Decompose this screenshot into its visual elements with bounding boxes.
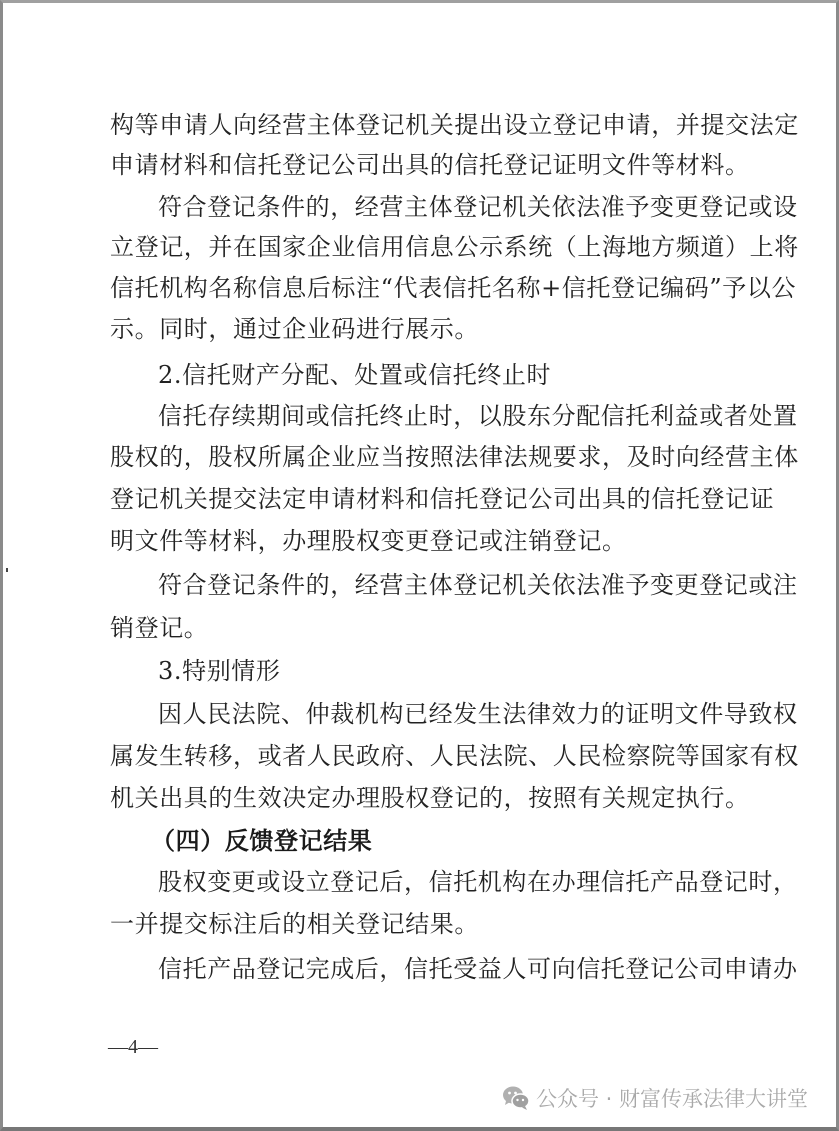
page-number: —4— bbox=[108, 1036, 158, 1059]
text-line: 股权变更或设立登记后，信托机构在办理信托产品登记时， bbox=[158, 867, 788, 897]
text-line: 机关出具的生效决定办理股权登记的，按照有关规定执行。 bbox=[110, 783, 740, 813]
text-line: 符合登记条件的，经营主体登记机关依法准予变更登记或设 bbox=[158, 192, 788, 222]
text-line: 一并提交标注后的相关登记结果。 bbox=[110, 909, 740, 939]
text-line: 信托产品登记完成后，信托受益人可向信托登记公司申请办 bbox=[158, 954, 788, 984]
document-page: 构等申请人向经营主体登记机关提出设立登记申请，并提交法定 申请材料和信托登记公司… bbox=[0, 0, 839, 1131]
text-line: 属发生转移，或者人民政府、人民法院、人民检察院等国家有权 bbox=[110, 741, 740, 771]
text-line: 示。同时，通过企业码进行展示。 bbox=[110, 314, 740, 344]
watermark: 公众号 · 财富传承法律大讲堂 bbox=[502, 1083, 808, 1113]
text-line: 明文件等材料，办理股权变更登记或注销登记。 bbox=[110, 526, 740, 556]
text-line: 股权的，股权所属企业应当按照法律法规要求，及时向经营主体 bbox=[110, 442, 740, 472]
section-heading: （四）反馈登记结果 bbox=[151, 826, 781, 856]
text-line: 信托存续期间或信托终止时，以股东分配信托利益或者处置 bbox=[158, 401, 788, 431]
text-line: 立登记，并在国家企业信用信息公示系统（上海地方频道）上将 bbox=[110, 232, 740, 262]
subsection-heading: 2.信托财产分配、处置或信托终止时 bbox=[158, 360, 788, 390]
text-line: 因人民法院、仲裁机构已经发生法律效力的证明文件导致权 bbox=[158, 699, 788, 729]
subsection-heading: 3.特别情形 bbox=[158, 656, 788, 686]
text-line: 信托机构名称信息后标注“代表信托名称+信托登记编码”予以公 bbox=[110, 273, 740, 303]
text-line: 销登记。 bbox=[110, 613, 740, 643]
watermark-text: 公众号 · 财富传承法律大讲堂 bbox=[536, 1083, 808, 1113]
wechat-icon bbox=[502, 1085, 530, 1111]
text-line: 构等申请人向经营主体登记机关提出设立登记申请，并提交法定 bbox=[110, 110, 740, 140]
text-line: 申请材料和信托登记公司出具的信托登记证明文件等材料。 bbox=[110, 150, 740, 180]
edge-mark bbox=[6, 568, 8, 572]
text-line: 登记机关提交法定申请材料和信托登记公司出具的信托登记证 bbox=[110, 484, 740, 514]
text-line: 符合登记条件的，经营主体登记机关依法准予变更登记或注 bbox=[158, 570, 788, 600]
